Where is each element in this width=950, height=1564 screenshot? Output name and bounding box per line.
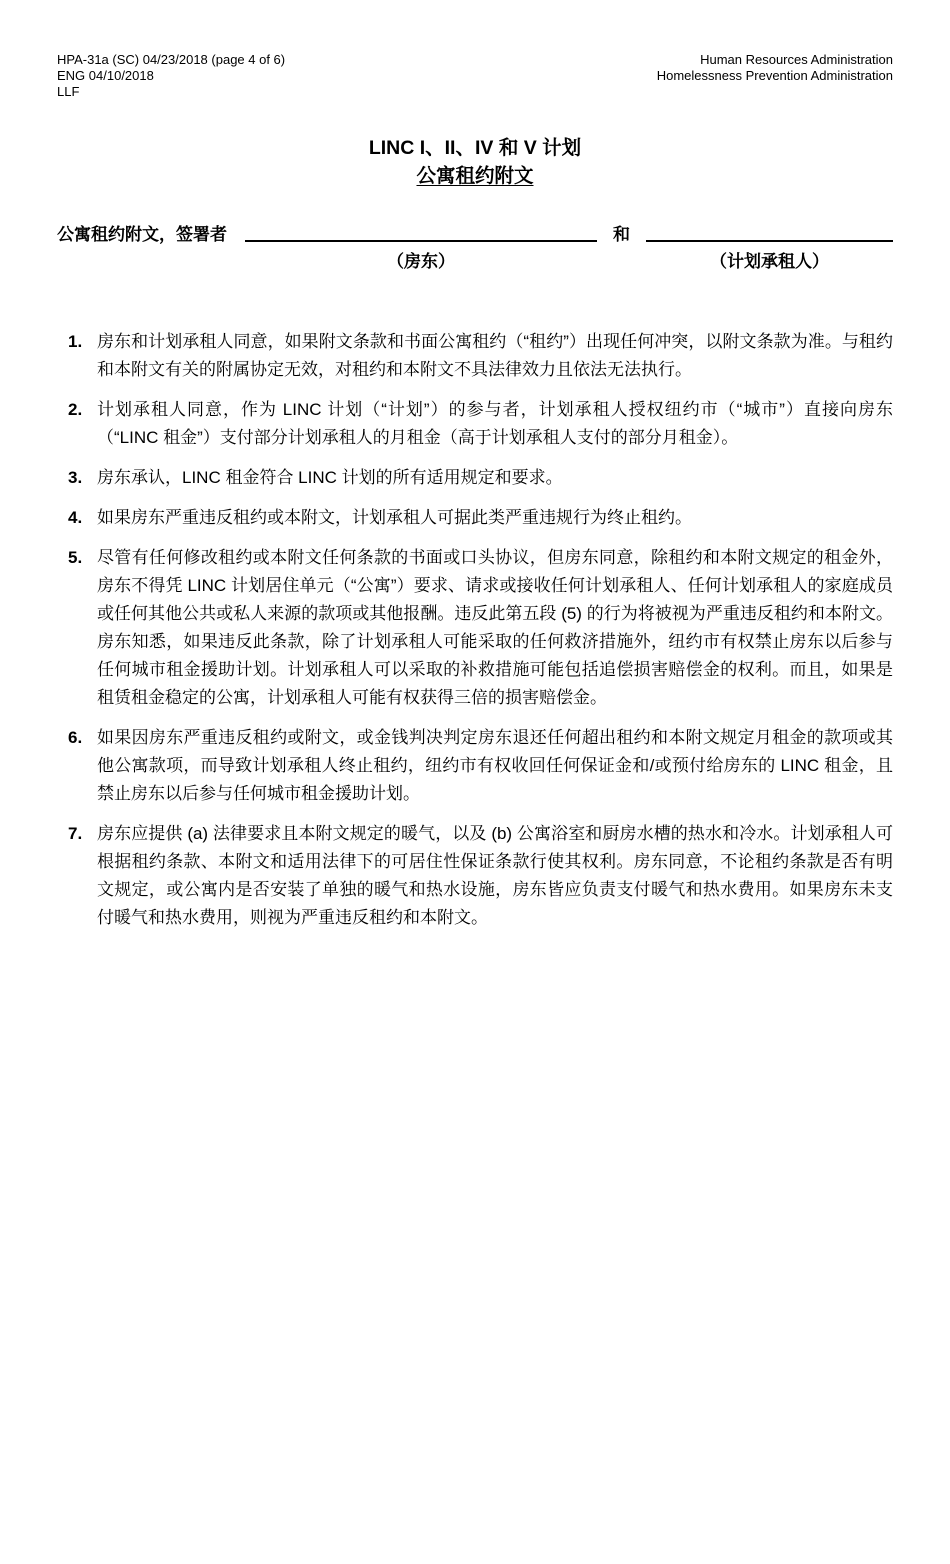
clause-text: 计划承租人同意，作为 LINC 计划（“计划”）的参与者，计划承租人授权纽约市（… [97, 396, 893, 452]
signature-row: 公寓租约附文，签署者 （房东） 和 （计划承租人） [57, 218, 893, 272]
clause-text: 尽管有任何修改租约或本附文任何条款的书面或口头协议，但房东同意，除租约和本附文规… [97, 544, 893, 712]
clause-item-3: 3. 房东承认，LINC 租金符合 LINC 计划的所有适用规定和要求。 [68, 464, 893, 492]
clause-item-2: 2. 计划承租人同意，作为 LINC 计划（“计划”）的参与者，计划承租人授权纽… [68, 396, 893, 452]
clause-item-6: 6. 如果因房东严重违反租约或附文，或金钱判决判定房东退还任何超出租约和本附文规… [68, 724, 893, 808]
clause-text: 房东应提供 (a) 法律要求且本附文规定的暖气，以及 (b) 公寓浴室和厨房水槽… [97, 820, 893, 932]
landlord-signature-field: （房东） [245, 218, 597, 272]
clause-list: 1. 房东和计划承租人同意，如果附文条款和书面公寓租约（“租约”）出现任何冲突，… [68, 328, 893, 932]
document-page: HPA-31a (SC) 04/23/2018 (page 4 of 6) EN… [0, 0, 950, 1564]
clause-text: 如果房东严重违反租约或本附文，计划承租人可据此类严重违规行为终止租约。 [97, 504, 893, 532]
tenant-signature-line[interactable] [646, 218, 893, 242]
clause-text: 房东和计划承租人同意，如果附文条款和书面公寓租约（“租约”）出现任何冲突，以附文… [97, 328, 893, 384]
clause-number: 2. [68, 396, 97, 452]
clause-number: 4. [68, 504, 97, 532]
clause-item-7: 7. 房东应提供 (a) 法律要求且本附文规定的暖气，以及 (b) 公寓浴室和厨… [68, 820, 893, 932]
clause-item-5: 5. 尽管有任何修改租约或本附文任何条款的书面或口头协议，但房东同意，除租约和本… [68, 544, 893, 712]
form-eng-date: ENG 04/10/2018 [57, 68, 285, 84]
agency-line-hra: Human Resources Administration [657, 52, 893, 68]
and-connector-label: 和 [613, 218, 630, 245]
document-title: LINC I、II、IV 和 V 计划 [57, 134, 893, 162]
agency-block: Human Resources Administration Homelessn… [657, 52, 893, 84]
agency-line-hpa: Homelessness Prevention Administration [657, 68, 893, 84]
tenant-label: （计划承租人） [646, 242, 893, 272]
clause-number: 1. [68, 328, 97, 384]
landlord-signature-line[interactable] [245, 218, 597, 242]
form-llf: LLF [57, 84, 285, 100]
tenant-signature-field: （计划承租人） [646, 218, 893, 272]
signature-prefix-label: 公寓租约附文，签署者 [57, 218, 227, 245]
landlord-label: （房东） [245, 242, 597, 272]
document-subtitle: 公寓租约附文 [57, 162, 893, 190]
clause-number: 7. [68, 820, 97, 932]
clause-text: 房东承认，LINC 租金符合 LINC 计划的所有适用规定和要求。 [97, 464, 893, 492]
form-number: HPA-31a (SC) 04/23/2018 (page 4 of 6) [57, 52, 285, 68]
clause-item-4: 4. 如果房东严重违反租约或本附文，计划承租人可据此类严重违规行为终止租约。 [68, 504, 893, 532]
document-title-block: LINC I、II、IV 和 V 计划 公寓租约附文 [57, 134, 893, 190]
clause-number: 5. [68, 544, 97, 712]
form-header: HPA-31a (SC) 04/23/2018 (page 4 of 6) EN… [57, 52, 893, 100]
clause-text: 如果因房东严重违反租约或附文，或金钱判决判定房东退还任何超出租约和本附文规定月租… [97, 724, 893, 808]
clause-item-1: 1. 房东和计划承租人同意，如果附文条款和书面公寓租约（“租约”）出现任何冲突，… [68, 328, 893, 384]
clause-number: 6. [68, 724, 97, 808]
clause-number: 3. [68, 464, 97, 492]
form-id-block: HPA-31a (SC) 04/23/2018 (page 4 of 6) EN… [57, 52, 285, 100]
